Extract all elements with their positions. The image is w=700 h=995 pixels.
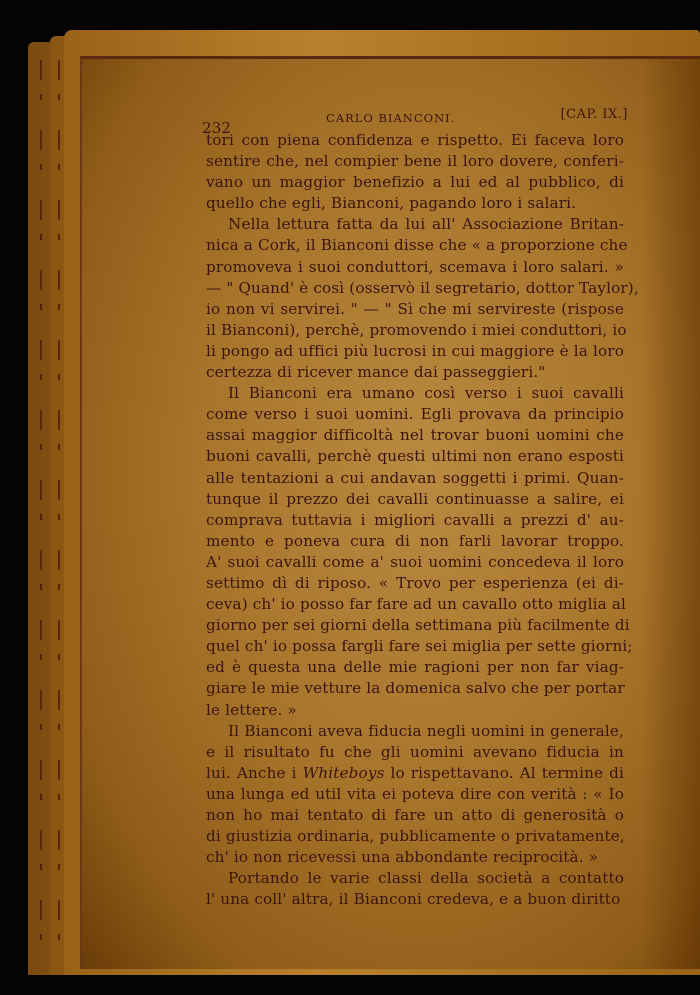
text-line: settimo dì di riposo. « Trovo per esperi…	[206, 573, 624, 594]
text-line: ch' io non ricevessi una abbondante reci…	[206, 847, 624, 868]
text-line: di giustizia ordinaria, pubblicamente o …	[206, 826, 624, 847]
text-line: il Bianconi), perchè, promovendo i miei …	[206, 320, 624, 341]
text-line: alle tentazioni a cui andavan soggetti i…	[206, 468, 624, 489]
text-line: quello che egli, Bianconi, pagando loro …	[206, 193, 624, 214]
text-line: comprava tuttavia i migliori cavalli a p…	[206, 510, 624, 531]
text-line: Nella lettura fatta da lui all' Associaz…	[206, 214, 624, 235]
text-line: lui. Anche i Whiteboys lo rispettavano. …	[206, 763, 624, 784]
chapter-label: [CAP. IX.]	[561, 104, 628, 125]
text-line: assai maggior difficoltà nel trovar buon…	[206, 425, 624, 446]
body-text: tori con piena confidenza e rispetto. Ei…	[206, 130, 624, 910]
text-line: non ho mai tentato di fare un atto di ge…	[206, 805, 624, 826]
text-line: quel ch' io possa fargli fare sei miglia…	[206, 636, 624, 657]
paragraph: Il Bianconi aveva fiducia negli uomini i…	[206, 721, 624, 869]
text-line: giorno per sei giorni della settimana pi…	[206, 615, 624, 636]
text-line: Il Bianconi aveva fiducia negli uomini i…	[206, 721, 624, 742]
text-line: e il risultato fu che gli uomini avevano…	[206, 742, 624, 763]
paragraph: Portando le varie classi della società a…	[206, 868, 624, 910]
page-number: 232	[202, 118, 231, 139]
text-line: buoni cavalli, perchè questi ultimi non …	[206, 446, 624, 467]
page-text: 232 CARLO BIANCONI. [CAP. IX.] tori con …	[206, 112, 624, 910]
text-line: ceva) ch' io posso far fare ad un cavall…	[206, 594, 624, 615]
page-edge-mark	[40, 60, 42, 960]
paragraph: Il Bianconi era umano così verso i suoi …	[206, 383, 624, 721]
paragraph: tori con piena confidenza e rispetto. Ei…	[206, 130, 624, 214]
text-line: giare le mie vetture la domenica salvo c…	[206, 678, 624, 699]
text-line: io non vi servirei. " — " Sì che mi serv…	[206, 299, 624, 320]
text-line: vano un maggior benefizio a lui ed al pu…	[206, 172, 624, 193]
text-line: A' suoi cavalli come a' suoi uomini conc…	[206, 552, 624, 573]
text-line: ed è questa una delle mie ragioni per no…	[206, 657, 624, 678]
text-line: certezza di ricever mance dai passeggier…	[206, 362, 624, 383]
text-line: le lettere. »	[206, 700, 624, 721]
text-line: mento e poneva cura di non farli lavorar…	[206, 531, 624, 552]
bottom-shadow	[0, 975, 700, 995]
text-line: l' una coll' altra, il Bianconi credeva,…	[206, 889, 624, 910]
text-line: — " Quand' è così (osservò il segretario…	[206, 278, 624, 299]
page-header: 232 CARLO BIANCONI. [CAP. IX.]	[206, 108, 624, 130]
running-title: CARLO BIANCONI.	[326, 108, 455, 129]
text-line: come verso i suoi uomini. Egli provava d…	[206, 404, 624, 425]
text-line: una lunga ed util vita ei poteva dire co…	[206, 784, 624, 805]
text-line: promoveva i suoi conduttori, scemava i l…	[206, 257, 624, 278]
text-line: li pongo ad uffici più lucrosi in cui ma…	[206, 341, 624, 362]
text-line: Portando le varie classi della società a…	[206, 868, 624, 889]
page-edge-mark	[58, 60, 60, 960]
paragraph: Nella lettura fatta da lui all' Associaz…	[206, 214, 624, 383]
text-line: tori con piena confidenza e rispetto. Ei…	[206, 130, 624, 151]
text-line: sentire che, nel compier bene il loro do…	[206, 151, 624, 172]
text-line: tunque il prezzo dei cavalli continuasse…	[206, 489, 624, 510]
text-line: nica a Cork, il Bianconi disse che « a p…	[206, 235, 624, 256]
text-line: Il Bianconi era umano così verso i suoi …	[206, 383, 624, 404]
